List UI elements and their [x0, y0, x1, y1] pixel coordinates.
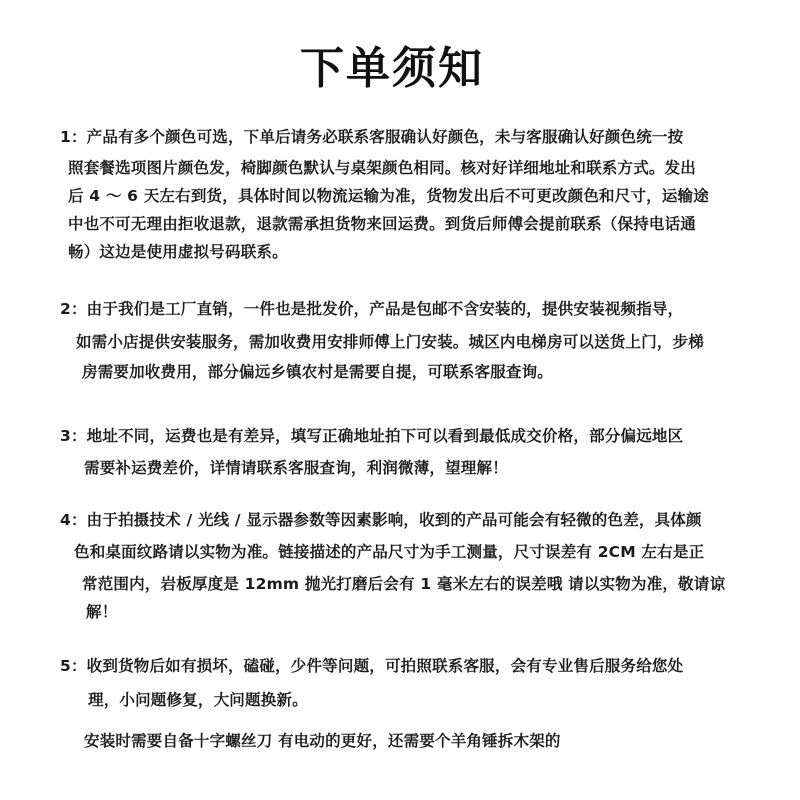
notice-line: 4：由于拍摄技术 / 光线 / 显示器参数等因素影响，收到的产品可能会有轻微的色… — [60, 508, 702, 530]
installation-note: 安装时需要自备十字螺丝刀 有电动的更好，还需要个羊角锤拆木架的 — [84, 729, 561, 751]
notice-line: 2：由于我们是工厂直销，一件也是批发价，产品是包邮不含安装的，提供安装视频指导， — [60, 297, 683, 319]
notice-line: 色和桌面纹路请以实物为准。链接描述的产品尺寸为手工测量，尺寸误差有 2CM 左右… — [74, 540, 704, 562]
notice-line: 理，小问题修复，大问题换新。 — [88, 688, 308, 710]
notice-line: 后 4 ～ 6 天左右到货，具体时间以物流运输为准，货物发出后不可更改颜色和尺寸… — [68, 184, 709, 206]
notice-line: 1：产品有多个颜色可选，下单后请务必联系客服确认好颜色，未与客服确认好颜色统一按 — [60, 125, 683, 147]
notice-line: 常范围内，岩板厚度是 12mm 抛光打磨后会有 1 毫米左右的误差哦 请以实物为… — [82, 572, 725, 594]
notice-line: 畅）这边是使用虚拟号码联系。 — [68, 240, 288, 262]
notice-line: 房需要加收费用，部分偏远乡镇农村是需要自提，可联系客服查询。 — [82, 360, 553, 382]
notice-line: 需要补运费差价，详情请联系客服查询，利润微薄，望理解！ — [84, 456, 508, 478]
notice-line: 中也不可无理由拒收退款，退款需承担货物来回运费。到货后师傅会提前联系（保持电话通 — [68, 212, 696, 234]
notice-line: 照套餐选项图片颜色发，椅脚颜色默认与桌架颜色相同。核对好详细地址和联系方式。发出 — [68, 156, 696, 178]
notice-line: 解！ — [86, 600, 117, 622]
notice-line: 3：地址不同，运费也是有差异，填写正确地址拍下可以看到最低成交价格，部分偏远地区 — [60, 424, 683, 446]
notice-line: 如需小店提供安装服务，需加收费用安排师傅上门安装。城区内电梯房可以送货上门，步梯 — [76, 330, 704, 352]
page-title: 下单须知 — [0, 32, 784, 96]
notice-line: 5：收到货物后如有损坏，磕碰，少件等问题，可拍照联系客服，会有专业售后服务给您处 — [60, 654, 683, 676]
